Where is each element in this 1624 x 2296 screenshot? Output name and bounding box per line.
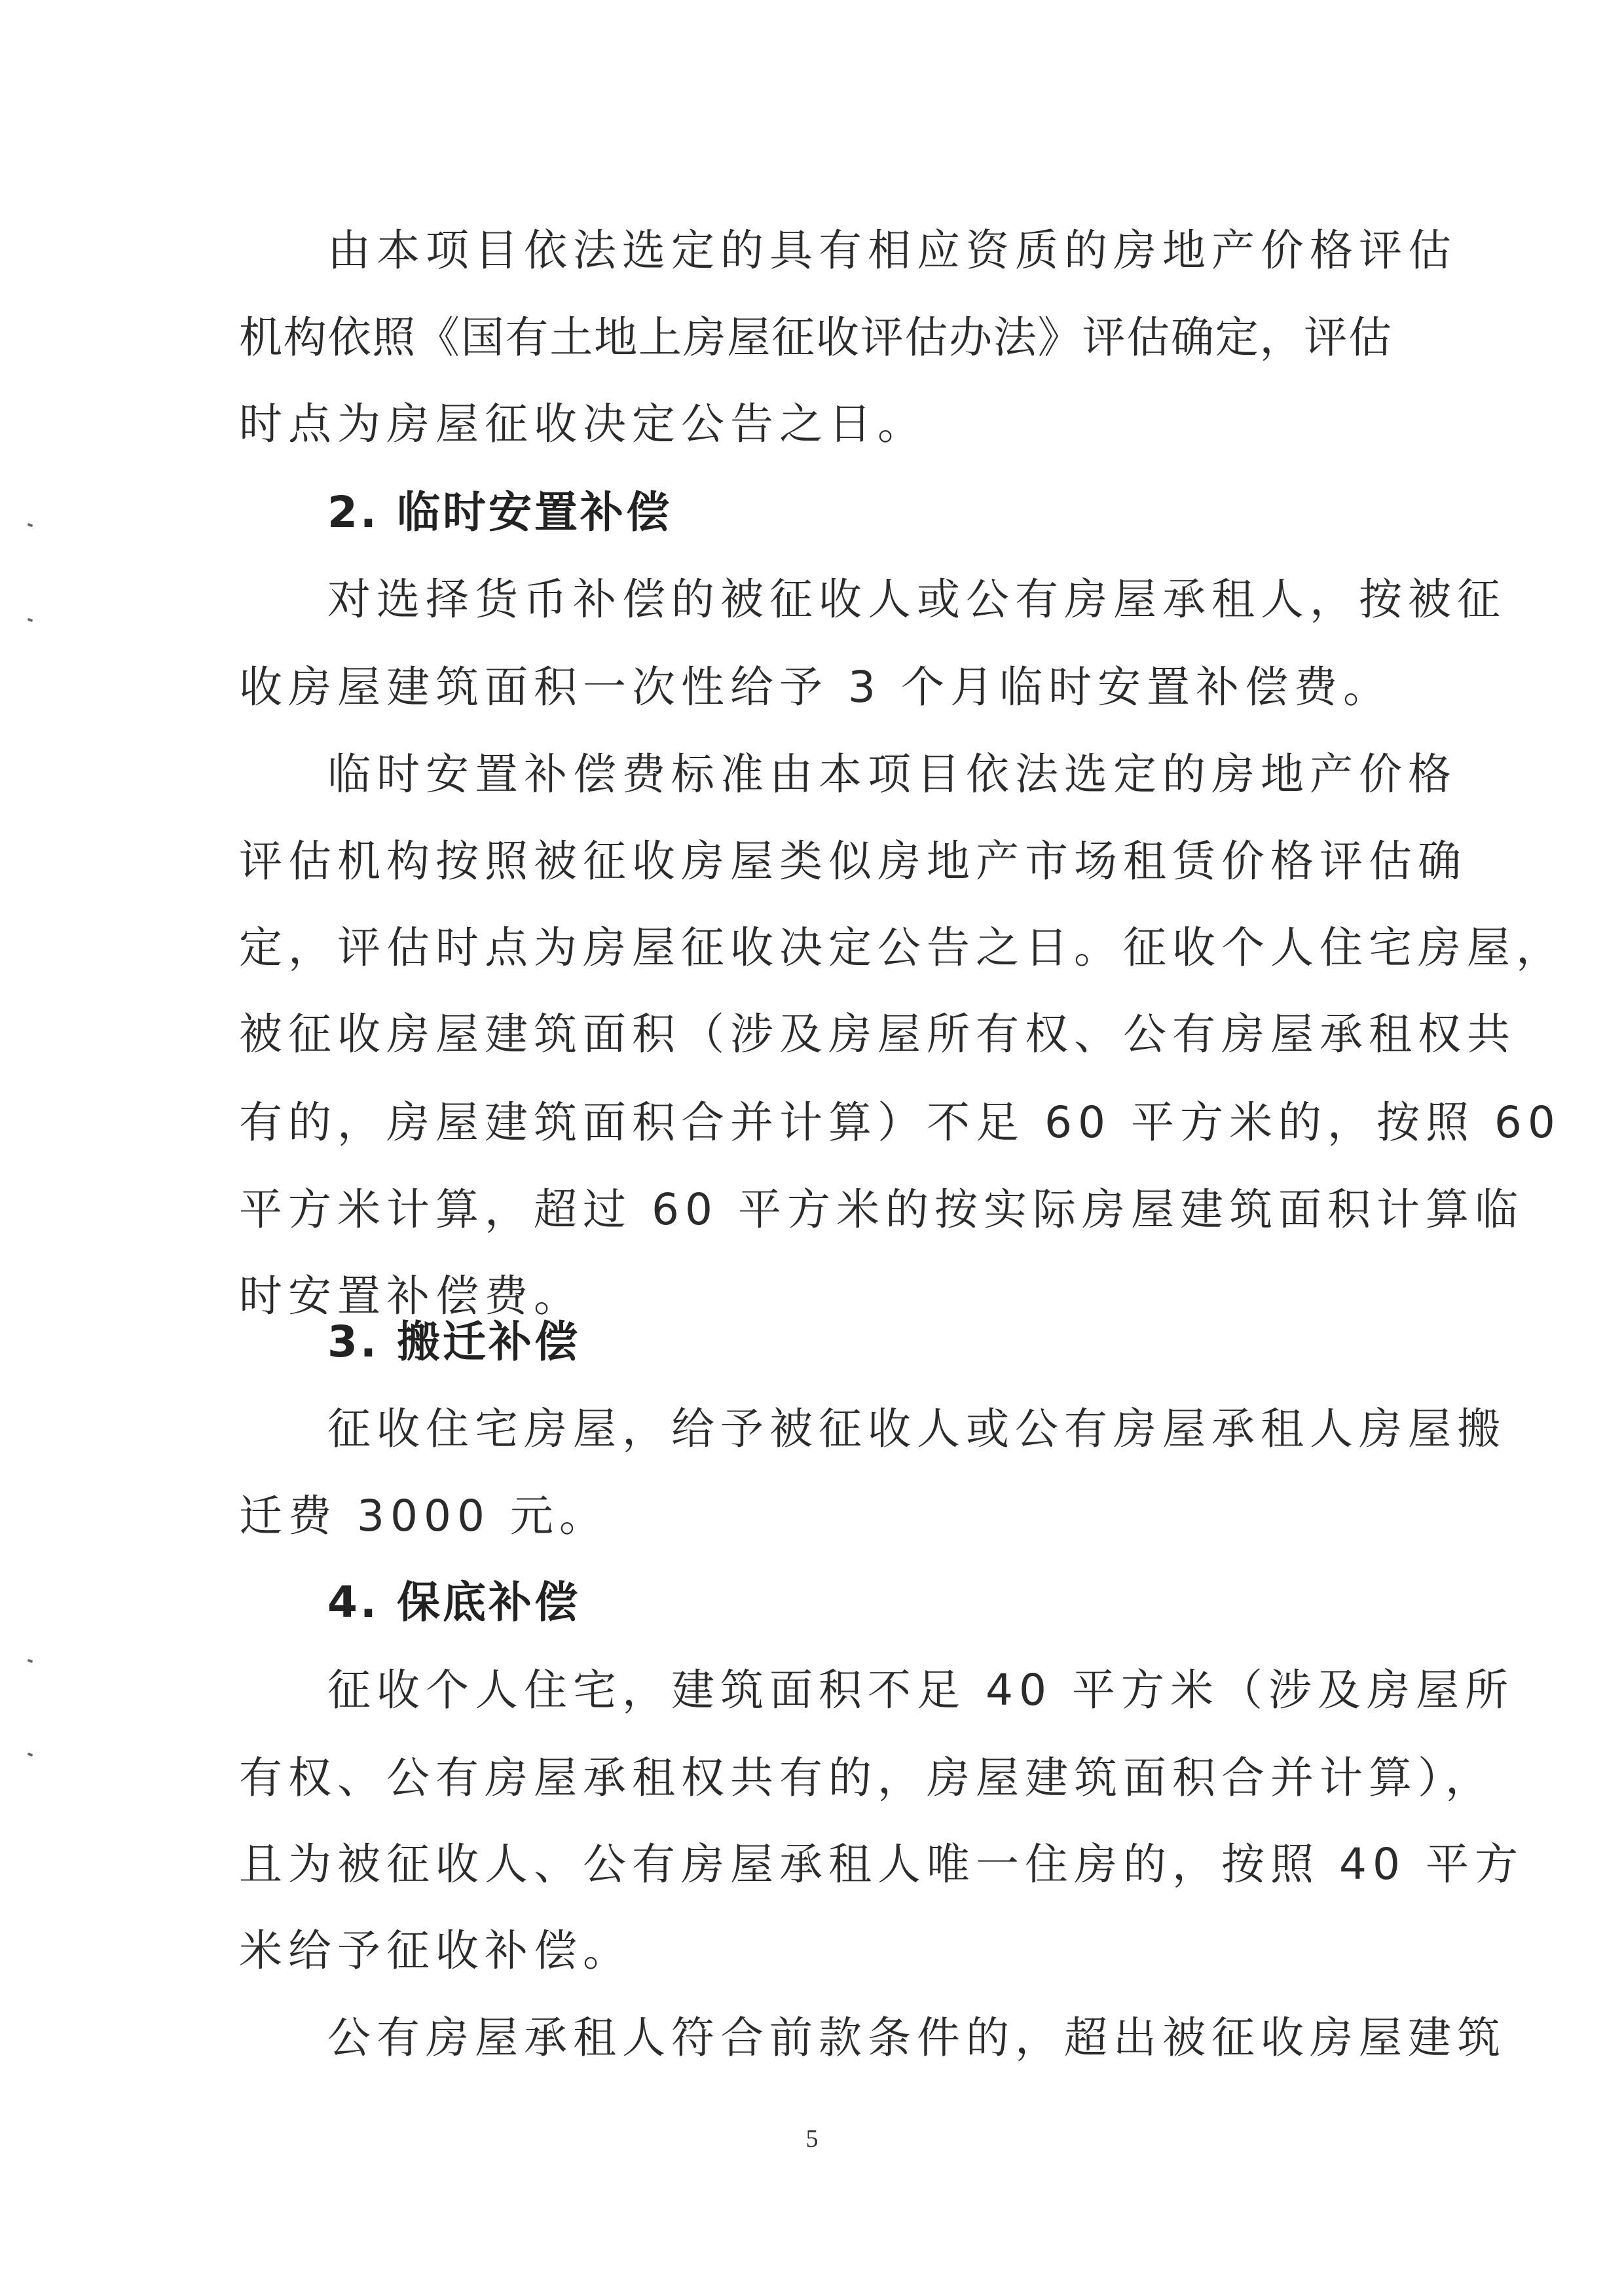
paragraph-line: 机构依照《国有土地上房屋征收评估办法》评估确定，评估 <box>239 305 1392 371</box>
paragraph-line: 平方米计算，超过 60 平方米的按实际房屋建筑面积计算临 <box>239 1177 1392 1243</box>
paragraph-line: 米给予征收补偿。 <box>239 1918 1392 1984</box>
page-number: 5 <box>799 2124 825 2153</box>
section-heading-relocation: 3. 搬迁补偿 <box>327 1309 1480 1375</box>
paragraph-line: 征收个人住宅，建筑面积不足 40 平方米（涉及房屋所 <box>327 1658 1480 1723</box>
paragraph-line: 迁费 3000 元。 <box>239 1484 1392 1549</box>
paragraph-line: 被征收房屋建筑面积（涉及房屋所有权、公有房屋承租权共 <box>239 1002 1392 1067</box>
paragraph-line: 征收住宅房屋，给予被征收人或公有房屋承租人房屋搬 <box>327 1396 1480 1462</box>
paragraph-line: 且为被征收人、公有房屋承租人唯一住房的，按照 40 平方 <box>239 1832 1392 1897</box>
paragraph-line: 收房屋建筑面积一次性给予 3 个月临时安置补偿费。 <box>239 655 1392 720</box>
section-heading-temporary-resettlement: 2. 临时安置补偿 <box>327 480 1480 545</box>
document-page: 由本项目依法选定的具有相应资质的房地产价格评估 机构依照《国有土地上房屋征收评估… <box>0 0 1624 2296</box>
paragraph-line: 时点为房屋征收决定公告之日。 <box>239 392 1392 457</box>
paragraph-line: 由本项目依法选定的具有相应资质的房地产价格评估 <box>327 218 1480 283</box>
scan-mark <box>28 1753 33 1757</box>
section-heading-minimum-guarantee: 4. 保底补偿 <box>327 1570 1480 1635</box>
paragraph-line: 对选择货币补偿的被征收人或公有房屋承租人，按被征 <box>327 567 1480 632</box>
paragraph-line: 临时安置补偿费标准由本项目依法选定的房地产价格 <box>327 742 1480 807</box>
scan-mark <box>28 523 33 527</box>
paragraph-line: 定，评估时点为房屋征收决定公告之日。征收个人住宅房屋， <box>239 915 1392 981</box>
paragraph-line: 公有房屋承租人符合前款条件的，超出被征收房屋建筑 <box>327 2005 1480 2071</box>
paragraph-line: 有权、公有房屋承租权共有的，房屋建筑面积合并计算）， <box>239 1745 1392 1811</box>
scan-mark <box>28 1659 33 1663</box>
paragraph-line: 有的，房屋建筑面积合并计算）不足 60 平方米的，按照 60 <box>239 1090 1392 1156</box>
paragraph-line: 评估机构按照被征收房屋类似房地产市场租赁价格评估确 <box>239 829 1392 894</box>
scan-mark <box>28 618 33 622</box>
